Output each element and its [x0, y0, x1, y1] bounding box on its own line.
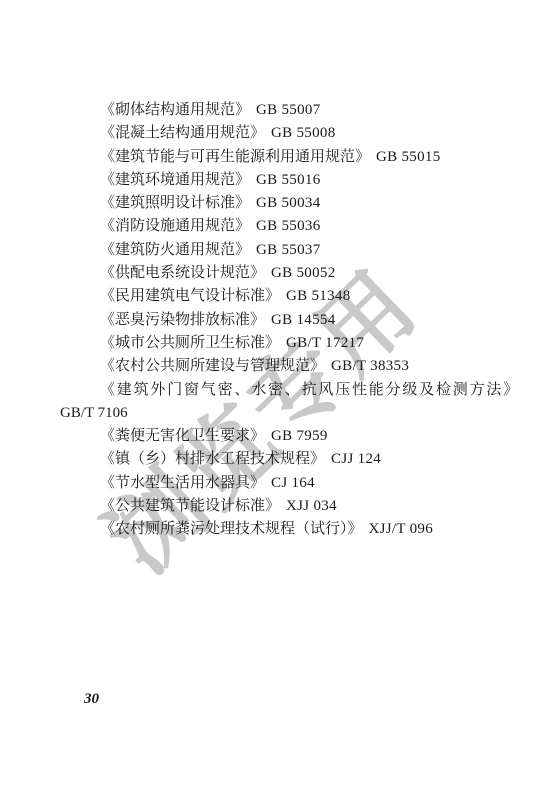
- reference-title: 《节水型生活用水器具》: [100, 475, 265, 491]
- reference-item: 《恶臭污染物排放标准》GB 14554: [60, 309, 472, 332]
- page-number: 30: [84, 691, 99, 708]
- reference-item: 《混凝土结构通用规范》GB 55008: [60, 122, 472, 145]
- reference-item: 《农村公共厕所建设与管理规范》GB/T 38353: [60, 355, 472, 378]
- reference-title: 《建筑环境通用规范》: [100, 172, 250, 188]
- reference-title: 《粪便无害化卫生要求》: [100, 428, 265, 444]
- reference-code: CJ 164: [271, 475, 315, 491]
- reference-title: 《消防设施通用规范》: [100, 218, 250, 234]
- reference-code: XJJ 034: [286, 498, 337, 514]
- reference-item: 《农村厕所粪污处理技术规程（试行）》XJJ/T 096: [60, 518, 472, 541]
- reference-code: GB 7959: [271, 428, 328, 444]
- reference-item: 《建筑防火通用规范》GB 55037: [60, 239, 472, 262]
- reference-item: 《镇（乡）村排水工程技术规程》CJJ 124: [60, 448, 472, 471]
- reference-code: GB 55007: [256, 102, 321, 118]
- reference-item: 《建筑节能与可再生能源利用通用规范》GB 55015: [60, 146, 472, 169]
- reference-code: GB/T 38353: [331, 358, 409, 374]
- reference-code: CJJ 124: [331, 451, 381, 467]
- reference-title: 《公共建筑节能设计标准》: [100, 498, 280, 514]
- reference-code: GB 51348: [286, 288, 351, 304]
- reference-code: XJJ/T 096: [369, 521, 434, 537]
- reference-item: 《建筑环境通用规范》GB 55016: [60, 169, 472, 192]
- reference-title: 《城市公共厕所卫生标准》: [100, 335, 280, 351]
- reference-title: 《恶臭污染物排放标准》: [100, 312, 265, 328]
- reference-title: GB/T 7106: [60, 405, 128, 421]
- reference-title: 《建筑节能与可再生能源利用通用规范》: [100, 149, 370, 165]
- reference-item: 《节水型生活用水器具》CJ 164: [60, 472, 472, 495]
- reference-list: 《砌体结构通用规范》GB 55007《混凝土结构通用规范》GB 55008《建筑…: [60, 99, 472, 542]
- reference-title: 《建筑外门窗气密、水密、抗风压性能分级及检测方法》: [100, 382, 520, 398]
- reference-title: 《农村公共厕所建设与管理规范》: [100, 358, 325, 374]
- reference-item: 《粪便无害化卫生要求》GB 7959: [60, 425, 472, 448]
- reference-item: 《公共建筑节能设计标准》XJJ 034: [60, 495, 472, 518]
- reference-item: 《消防设施通用规范》GB 55036: [60, 215, 472, 238]
- reference-item: 《城市公共厕所卫生标准》GB/T 17217: [60, 332, 472, 355]
- reference-item: 《建筑外门窗气密、水密、抗风压性能分级及检测方法》: [60, 379, 472, 402]
- reference-item: 《供配电系统设计规范》GB 50052: [60, 262, 472, 285]
- reference-item: 《建筑照明设计标准》GB 50034: [60, 192, 472, 215]
- reference-code: GB/T 17217: [286, 335, 364, 351]
- reference-code: GB 55016: [256, 172, 321, 188]
- reference-code: GB 55015: [376, 149, 441, 165]
- reference-title: 《供配电系统设计规范》: [100, 265, 265, 281]
- reference-title: 《民用建筑电气设计标准》: [100, 288, 280, 304]
- reference-code: GB 50052: [271, 265, 336, 281]
- reference-item: 《砌体结构通用规范》GB 55007: [60, 99, 472, 122]
- reference-title: 《建筑照明设计标准》: [100, 195, 250, 211]
- reference-title: 《镇（乡）村排水工程技术规程》: [100, 451, 325, 467]
- reference-title: 《农村厕所粪污处理技术规程（试行）》: [100, 521, 363, 537]
- reference-code: GB 50034: [256, 195, 321, 211]
- reference-item: 《民用建筑电气设计标准》GB 51348: [60, 285, 472, 308]
- reference-code: GB 55008: [271, 125, 336, 141]
- reference-code: GB 55036: [256, 218, 321, 234]
- reference-code: GB 55037: [256, 242, 321, 258]
- reference-item: GB/T 7106: [60, 402, 472, 425]
- reference-title: 《建筑防火通用规范》: [100, 242, 250, 258]
- document-page: 浏览专用 《砌体结构通用规范》GB 55007《混凝土结构通用规范》GB 550…: [0, 0, 551, 790]
- reference-code: GB 14554: [271, 312, 336, 328]
- reference-title: 《混凝土结构通用规范》: [100, 125, 265, 141]
- reference-title: 《砌体结构通用规范》: [100, 102, 250, 118]
